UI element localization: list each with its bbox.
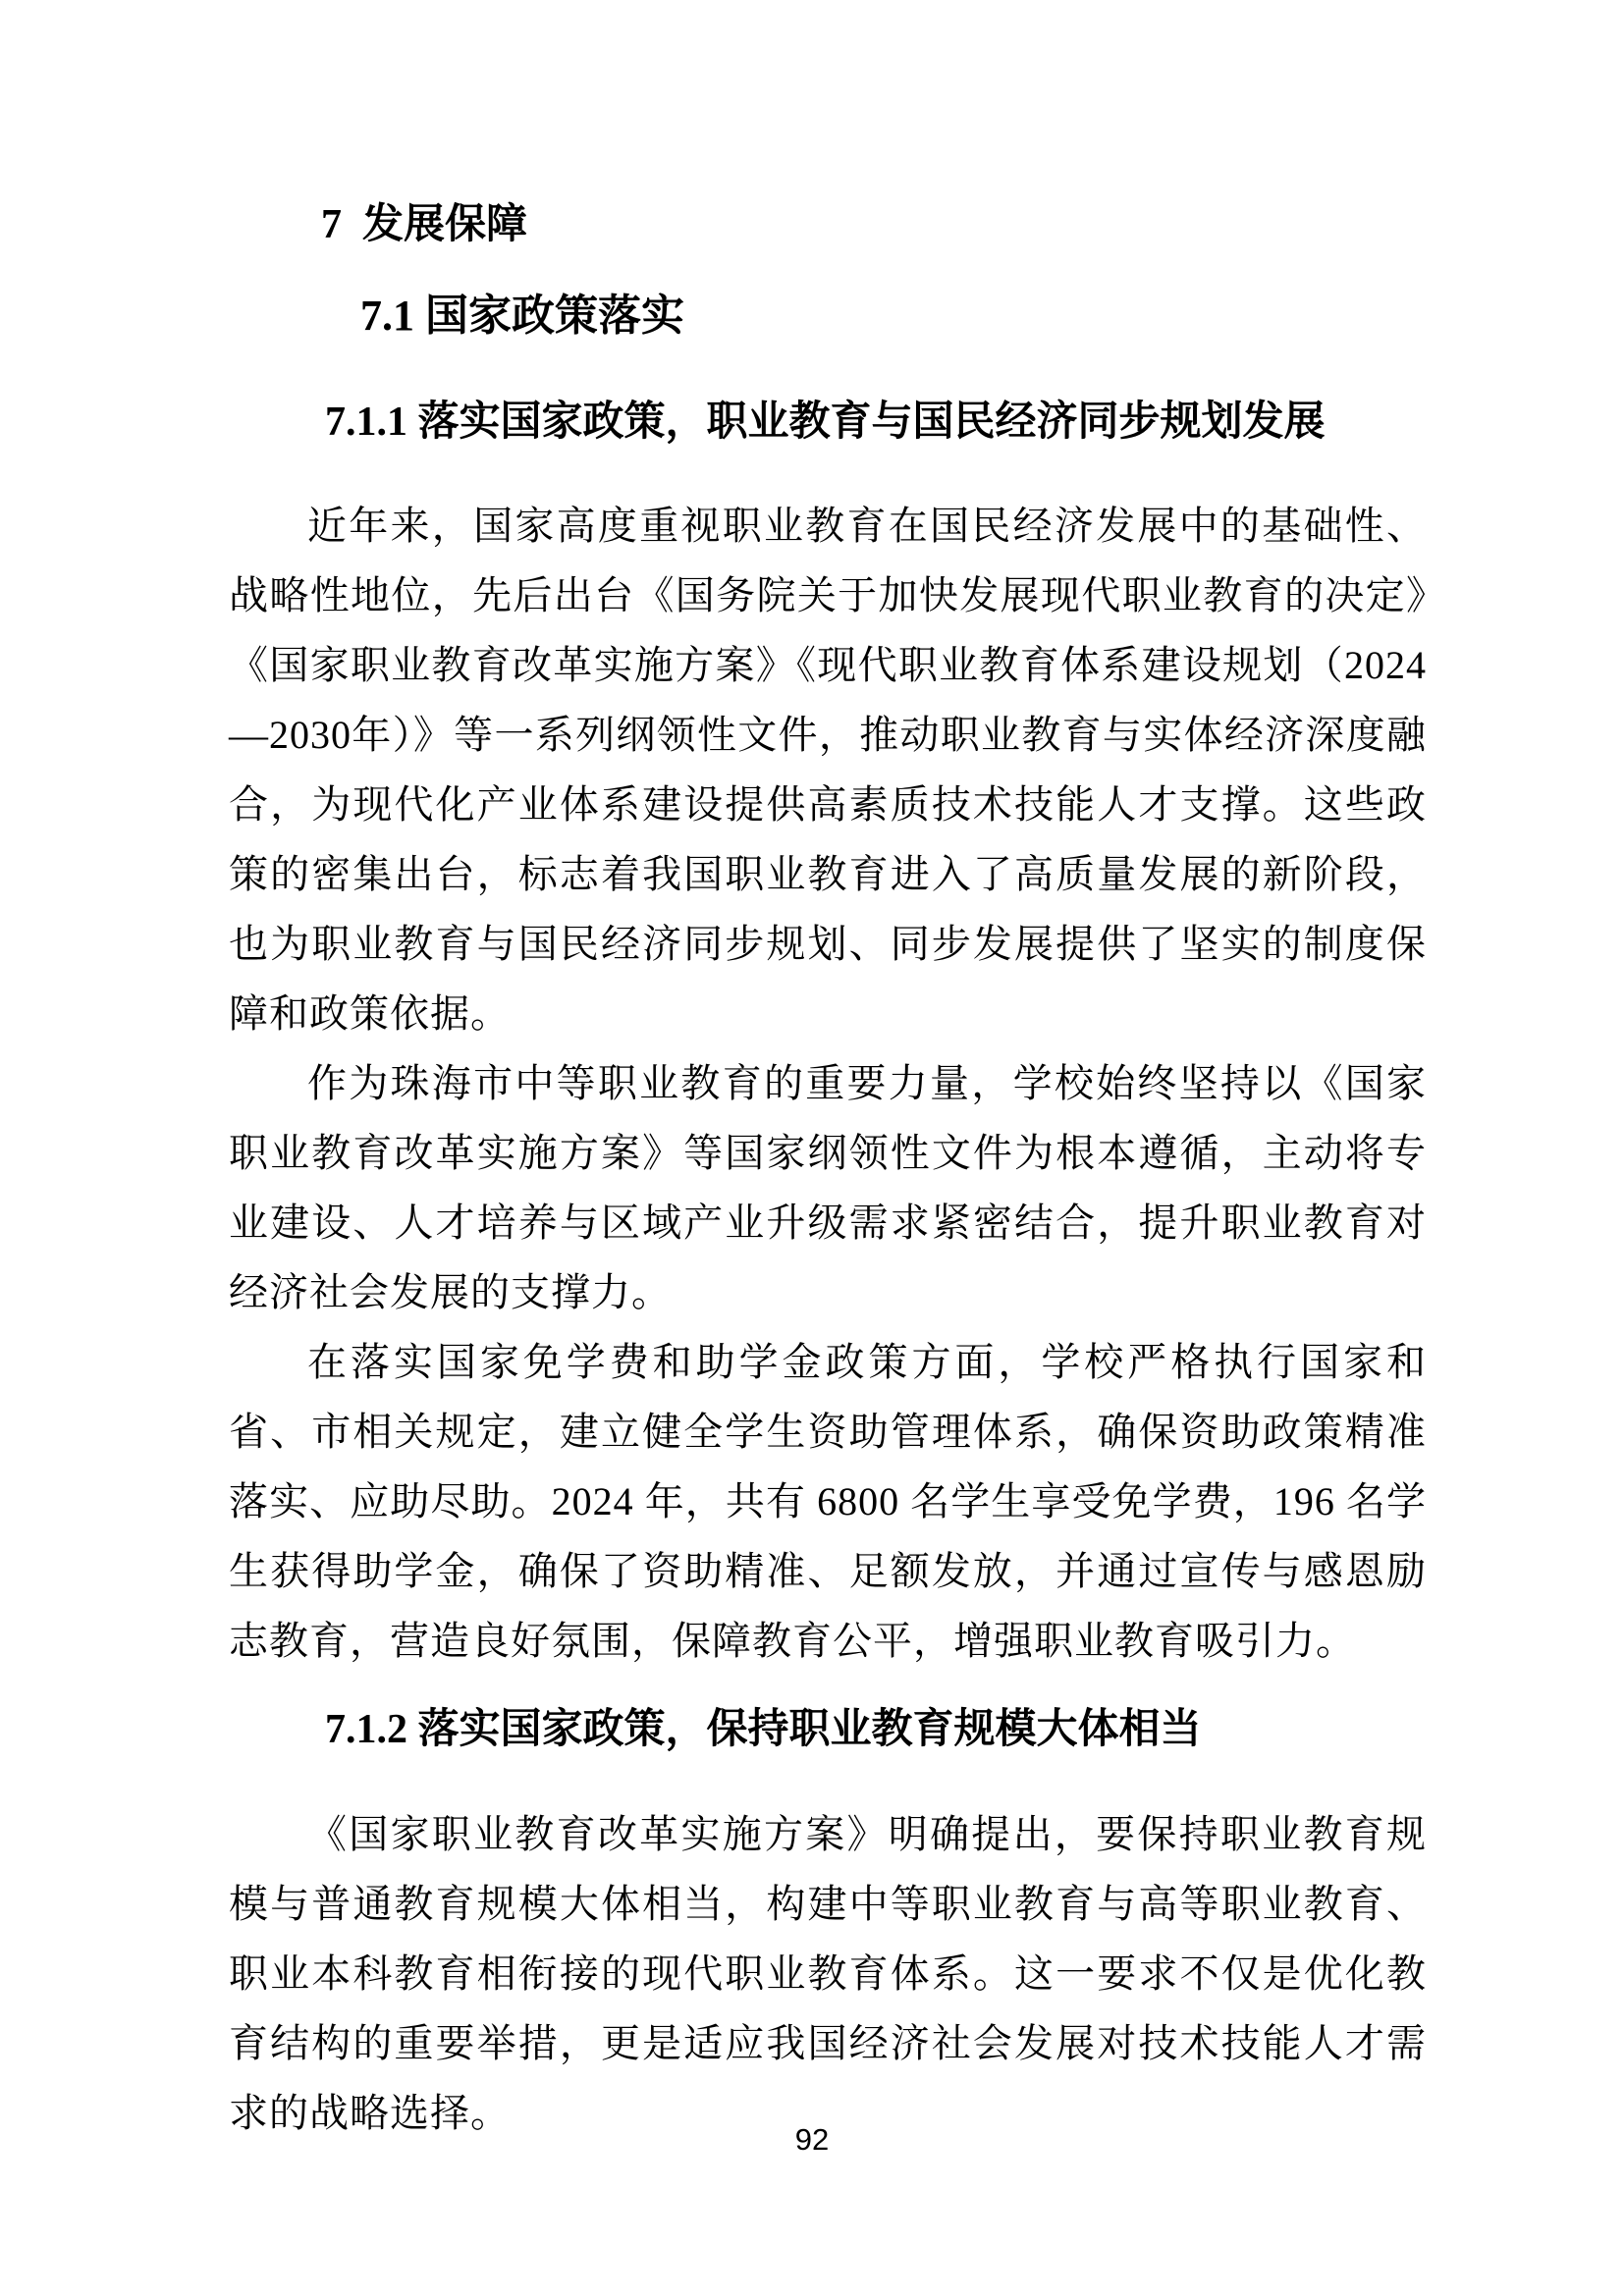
section-heading-7-1: 7.1 国家政策落实 bbox=[360, 281, 1427, 350]
subsection-heading-7-1-2: 7.1.2 落实国家政策，保持职业教育规模大体相当 bbox=[325, 1695, 1427, 1765]
paragraph-tuition-aid: 在落实国家免学费和助学金政策方面，学校严格执行国家和省、市相关规定，建立健全学生… bbox=[229, 1327, 1427, 1676]
paragraph-scale-parity: 《国家职业教育改革实施方案》明确提出，要保持职业教育规模与普通教育规模大体相当，… bbox=[229, 1799, 1427, 2148]
paragraph-school-role: 作为珠海市中等职业教育的重要力量，学校始终坚持以《国家职业教育改革实施方案》等国… bbox=[229, 1048, 1427, 1327]
chapter-heading: 7 发展保障 bbox=[321, 190, 1427, 260]
subsection-heading-7-1-1: 7.1.1 落实国家政策，职业教育与国民经济同步规划发展 bbox=[325, 388, 1427, 457]
paragraph-policy-overview: 近年来，国家高度重视职业教育在国民经济发展中的基础性、战略性地位，先后出台《国务… bbox=[229, 491, 1427, 1048]
document-page: 7 发展保障 7.1 国家政策落实 7.1.1 落实国家政策，职业教育与国民经济… bbox=[0, 0, 1624, 2296]
page-number: 92 bbox=[0, 2120, 1624, 2160]
